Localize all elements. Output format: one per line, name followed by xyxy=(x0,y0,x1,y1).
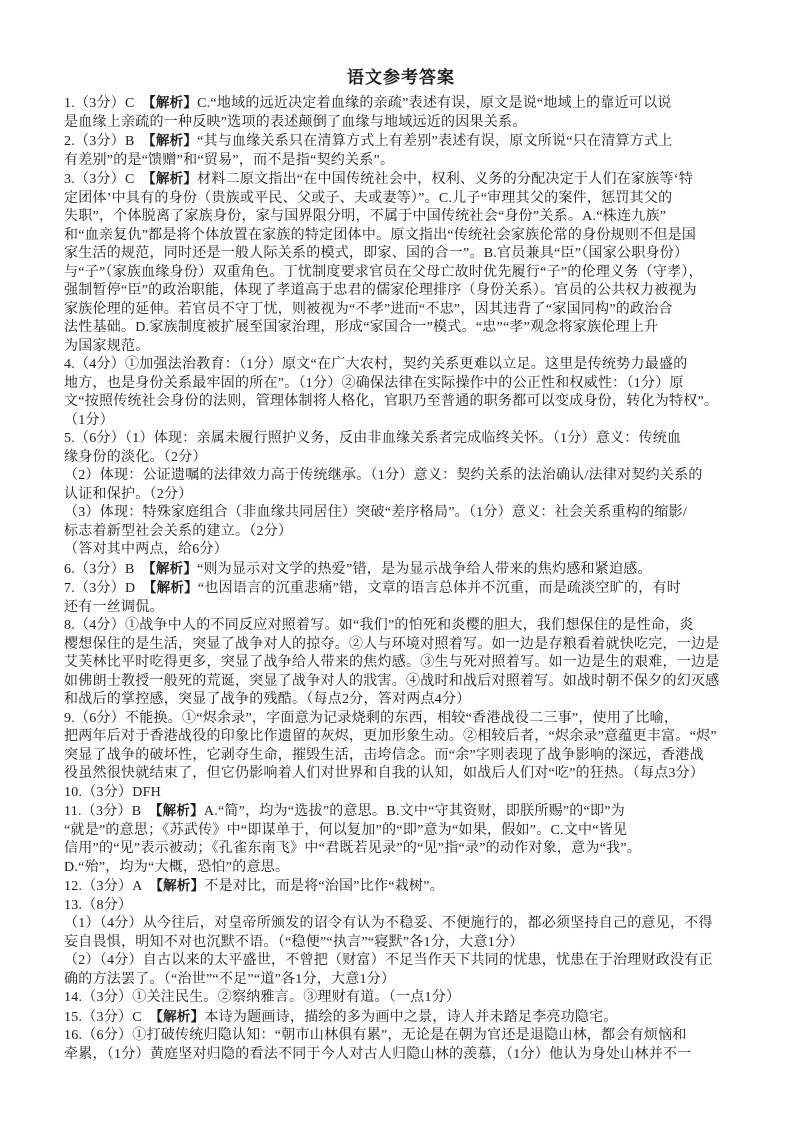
document-line: 还有一丝调侃。 xyxy=(64,599,738,618)
document-line: 法性基础。D.家族制度被扩展至国家治理，形成“家国合一”模式。“忠”“孝”观念将… xyxy=(64,319,738,338)
document-line: 牵累，（1分）黄庭坚对归隐的看法不同于今人对古人归隐山林的羡慕，（1分）他认为身… xyxy=(64,1046,738,1065)
analysis-marker: 【解析】 xyxy=(149,133,197,148)
document-line: 有差别”的是“馈赠”和“贸易”，而不是指“契约关系”。 xyxy=(64,152,738,171)
document-line: 5.（6分）（1）体现：亲属未履行照护义务，反由非血缘关系者完成临终关怀。（1分… xyxy=(64,430,738,449)
document-line: 13.（8分） xyxy=(64,897,738,916)
document-line: 役虽然很快就结束了，但它仍影响着人们对世界和自我的认知，如战后人们对“吃”的狂热… xyxy=(64,765,738,784)
document-line: （1）（4分）从今往后，对皇帝所颁发的诏令有认为不稳妥、不便施行的，都必须坚持自… xyxy=(64,915,738,934)
document-line: （2）体现：公证遗嘱的法律效力高于传统继承。（1分）意义：契约关系的法治确认/法… xyxy=(64,467,738,486)
answer-sheet-page: 语文参考答案 1.（3分）C 【解析】C.“地域的远近决定着血缘的亲疏”表述有误… xyxy=(0,0,800,1132)
document-line: 失职”，个体脱离了家族身份，家与国界限分明，不属于中国传统社会“身份”关系。A.… xyxy=(64,208,738,227)
document-line: 和“血亲复仇”都是将个体放置在家族的特定团体中。原文指出“传统社会家族伦常的身份… xyxy=(64,227,738,246)
document-line: （1分） xyxy=(64,412,738,431)
document-line: （2）（4分）自古以来的太平盛世，不曾把（财富）不足当作天下共同的忧患，忧患在于… xyxy=(64,952,738,971)
document-line: 如佛朗士教授一般死的荒诞，突显了战争对人的戕害。④战时和战后对照着写。如战时朝不… xyxy=(64,673,738,692)
document-line: 6.（3分）B 【解析】“则为显示对文学的热爱”错，是为显示战争给人带来的焦灼感… xyxy=(64,560,738,580)
document-line: 与“子”（家族血缘身份）双重角色。丁忧制度要求官员在父母亡故时优先履行“子”的伦… xyxy=(64,264,738,283)
document-body: 1.（3分）C 【解析】C.“地域的远近决定着血缘的亲疏”表述有误，原文是说“地… xyxy=(64,94,738,1064)
document-line: 1.（3分）C 【解析】C.“地域的远近决定着血缘的亲疏”表述有误，原文是说“地… xyxy=(64,94,738,114)
document-line: 3.（3分）C 【解析】材料二原文指出“在中国传统社会中，权利、义务的分配决定于… xyxy=(64,170,738,190)
document-line: 家生活的规范，同时还是一般人际关系的模式，即家、国的合一”。B.官员兼具“臣”（… xyxy=(64,245,738,264)
document-line: 认证和保护。（2分） xyxy=(64,486,738,505)
document-line: 12.（3分）A 【解析】不是对比，而是将“治国”比作“栽树”。 xyxy=(64,877,738,897)
document-line: 9.（6分）不能换。①“烬余录”，字面意为记录烧剩的东西，相较“香港战役二三事”… xyxy=(64,710,738,729)
analysis-marker: 【解析】 xyxy=(149,95,197,110)
document-line: 7.（3分）D 【解析】“也因语言的沉重悲痛”错，文章的语言总体并不沉重，而是疏… xyxy=(64,579,738,599)
document-line: 樱想保住的是生活，突显了战争对人的掠夺。②人与环境对照着写。如一边是存粮看着就快… xyxy=(64,636,738,655)
document-line: 2.（3分）B 【解析】“其与血缘关系只在清算方式上有差别”表述有误，原文所说“… xyxy=(64,132,738,152)
document-line: 16.（6分）①打破传统归隐认知：“朝市山林俱有累”，无论是在朝为官还是退隐山林… xyxy=(64,1027,738,1046)
document-line: 14.（3分）①关注民生。②察纳雅言。③理财有道。（一点1分） xyxy=(64,989,738,1008)
document-line: （答对其中两点，给6分） xyxy=(64,541,738,560)
document-line: 突显了战争的破坏性，它剥夺生命，摧毁生活，击垮信念。而“余”字则表现了战争影响的… xyxy=(64,747,738,766)
document-line: 8.（4分）①战争中人的不同反应对照着写。如“我们”的怕死和炎樱的胆大，我们想保… xyxy=(64,617,738,636)
document-line: 标志着新型社会关系的建立。（2分） xyxy=(64,523,738,542)
document-line: 是血缘上亲疏的一种反映”选项的表述颠倒了血缘与地域远近的因果关系。 xyxy=(64,114,738,133)
document-line: 缘身份的淡化。（2分） xyxy=(64,449,738,468)
document-title: 语文参考答案 xyxy=(64,66,738,90)
document-line: 妄自畏惧，明知不对也沉默不语。（“稳便”“执言”“寝默”各1分，大意1分） xyxy=(64,934,738,953)
document-line: 15.（3分）C 【解析】本诗为题画诗，描绘的多为画中之景，诗人并未踏足李亮功隐… xyxy=(64,1008,738,1028)
analysis-marker: 【解析】 xyxy=(150,580,198,595)
document-line: 11.（3分）B 【解析】A.“简”，均为“选拔”的意思。B.文中“守其资财，即… xyxy=(64,802,738,822)
document-line: 为国家规范。 xyxy=(64,338,738,357)
document-line: “就是”的意思；《苏武传》中“即谋单于，何以复加”的“即”意为“如果，假如”。C… xyxy=(64,822,738,841)
document-line: 定团体’中具有的身份（贵族或平民、父或子、夫或妻等）”。C.儿子“审理其父的案件… xyxy=(64,190,738,209)
document-line: 家族伦理的延伸。若官员不守丁忧，则被视为“不孝”进而“不忠”，因其违背了“家国同… xyxy=(64,301,738,320)
analysis-marker: 【解析】 xyxy=(149,171,197,186)
document-line: 文“按照传统社会身份的法则，管理体制将人格化，官职乃至普通的职务都可以变成身份，… xyxy=(64,393,738,412)
document-line: 强制暂停“臣”的政治职能，体现了孝道高于忠君的儒家伦理排序（身份关系）。官员的公… xyxy=(64,282,738,301)
document-line: 把两年后对于香港战役的印象比作遗留的灰烬，更加形象生动。②相较后者，“烬余录”意… xyxy=(64,728,738,747)
analysis-marker: 【解析】 xyxy=(156,1009,204,1024)
analysis-marker: 【解析】 xyxy=(156,803,204,818)
analysis-marker: 【解析】 xyxy=(156,878,204,893)
document-line: （3）体现：特殊家庭组合（非血缘共同居住）突破“差序格局”。（1分）意义：社会关… xyxy=(64,504,738,523)
document-line: 10.（3分）DFH xyxy=(64,784,738,803)
document-line: D.“殆”，均为“大概，恐怕”的意思。 xyxy=(64,859,738,878)
analysis-marker: 【解析】 xyxy=(149,561,197,576)
document-line: 和战后的掌控感，突显了战争的残酷。（每点2分，答对两点4分） xyxy=(64,691,738,710)
document-line: 4.（4分）①加强法治教育：（1分）原文“在广大农村，契约关系更难以立足。这里是… xyxy=(64,356,738,375)
document-line: 地方，也是身份关系最牢固的所在”。（1分）②确保法律在实际操作中的公正性和权威性… xyxy=(64,375,738,394)
document-line: 艾芙林比平时吃得更多，突显了战争给人带来的焦灼感。③生与死对照着写。如一边是生的… xyxy=(64,654,738,673)
document-line: 信用”的“见”表示被动；《孔雀东南飞》中“君既若见录”的“见”指“录”的动作对象… xyxy=(64,840,738,859)
document-line: 确的方法罢了。（“治世”“不足”“道”各1分，大意1分） xyxy=(64,971,738,990)
